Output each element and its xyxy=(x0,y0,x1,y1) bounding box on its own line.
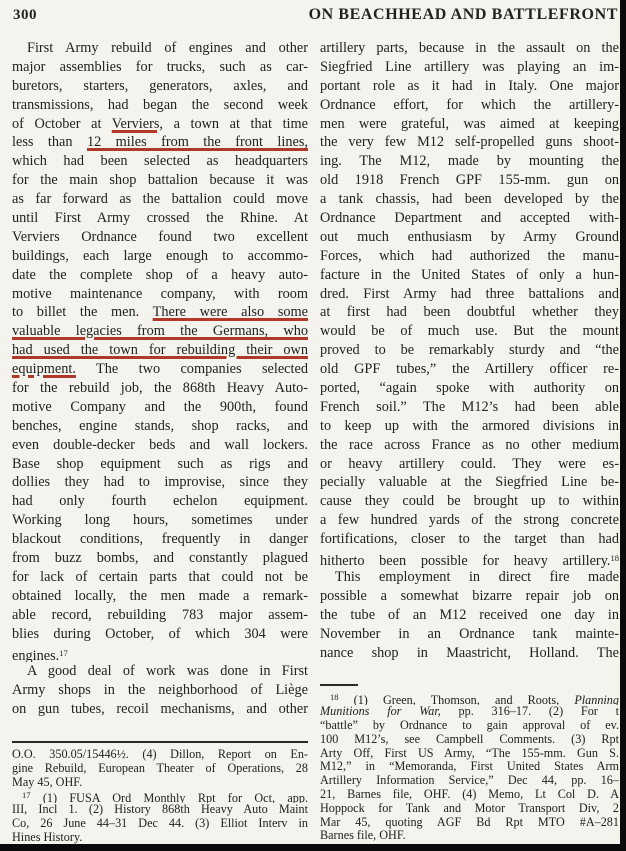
text-run: A good deal of work was done in First xyxy=(27,663,308,679)
text-line: to billet the men. There were also some xyxy=(12,303,308,322)
text-line: gine Rebuild, European Theater of Operat… xyxy=(12,762,308,776)
text-run: First Army rebuild of engines and other xyxy=(27,40,308,56)
text-line: would be of much use. But the mount xyxy=(320,322,619,341)
text-line: engines.17 xyxy=(12,644,308,663)
running-title: ON BEACHHEAD AND BATTLEFRONT xyxy=(309,6,618,24)
text-line: 100 M12’s, see Campbell Comments. (3) Rp… xyxy=(320,733,619,747)
footnote-marker: 18 xyxy=(611,553,620,563)
text-line: O.O. 350.05/15446½. (4) Dillon, Report o… xyxy=(12,748,308,762)
text-run: even double-decker beds and wall lockers… xyxy=(12,437,308,453)
text-line: buildings, each large enough to accommo- xyxy=(12,247,308,266)
text-run: benches, engine stands, shop racks, and xyxy=(12,418,308,434)
text-run: major assemblies for trucks, such as car… xyxy=(12,59,308,75)
text-line: artillery parts, because in the assault … xyxy=(320,39,619,58)
text-run: gine Rebuild, European Theater of Operat… xyxy=(12,762,308,775)
text-line: men were grateful, was aimed at keeping xyxy=(320,115,619,134)
text-line: equipment. The two companies selected xyxy=(12,360,308,379)
text-run: on gun tubes, recoil mechanisms, and oth… xyxy=(12,701,308,717)
scanned-book-page: 300 ON BEACHHEAD AND BATTLEFRONT First A… xyxy=(0,0,626,851)
text-line: Munitions for War, pp. 316–17. (2) For t xyxy=(320,705,619,719)
text-line: on gun tubes, recoil mechanisms, and oth… xyxy=(12,700,308,719)
text-line: 18 (1) Green, Thomson, and Roots, Planni… xyxy=(320,691,619,705)
text-line: 21, Barnes file, OHF. (4) Memo, Lt Col D… xyxy=(320,788,619,802)
text-line: French soil.” The M12’s had been able xyxy=(320,398,619,417)
text-line: from buzz bombs, and constantly plagued xyxy=(12,549,308,568)
text-line: Hoppock for Tank and Motor Transport Div… xyxy=(320,802,619,816)
text-run: facture in the United States of only a h… xyxy=(320,267,619,283)
text-line: Forces, which had authorized the manu- xyxy=(320,247,619,266)
text-line: Army shops in the neighborhood of Liège xyxy=(12,681,308,700)
text-line: the race across France as no other mediu… xyxy=(320,436,619,455)
right-footnote-block: 18 (1) Green, Thomson, and Roots, Planni… xyxy=(320,691,619,843)
text-line: cause they could be brought up to within xyxy=(320,492,619,511)
text-run: 100 M12’s, see Campbell Comments. (3) Rp… xyxy=(320,733,619,746)
text-line: III, Incl 1. (2) History 868th Heavy Aut… xyxy=(12,803,308,817)
red-underlined-text: equipment. xyxy=(12,361,76,377)
left-footnote-rule xyxy=(12,741,308,743)
text-line: pecially valuable at the Siegfried Line … xyxy=(320,473,619,492)
text-line: which had been selected as headquarters xyxy=(12,152,308,171)
text-line: 17 (1) FUSA Ord Monthly Rpt for Oct, app… xyxy=(12,789,308,803)
text-line: Siegfried Line artillery was playing an … xyxy=(320,58,619,77)
text-line: November in an Ordnance tank mainte- xyxy=(320,625,619,644)
text-run: for the rebuild job, the 868th Heavy Aut… xyxy=(12,380,308,396)
text-run: engines. xyxy=(12,648,59,663)
page-number: 300 xyxy=(13,7,37,24)
text-run: Mar 45, quoting AGF Bd Rpt MTO #A–281 xyxy=(320,816,619,829)
text-line: or heavy artillery could. They were es- xyxy=(320,455,619,474)
text-run: pp. 316–17. (2) For t xyxy=(441,705,619,718)
text-run: ported, “again spoke with authority on xyxy=(320,380,619,396)
footnote-marker: 18 xyxy=(330,692,339,702)
text-line: had only fourth echelon equipment. xyxy=(12,492,308,511)
text-line: ported, “again spoke with authority on xyxy=(320,379,619,398)
text-run: November in an Ordnance tank mainte- xyxy=(320,626,619,642)
text-line: First Army rebuild of engines and other xyxy=(12,39,308,58)
text-line: blies during October, of which 304 were xyxy=(12,625,308,644)
text-line: Base shop equipment such as rigs and xyxy=(12,455,308,474)
text-line: valuable legacies from the Germans, who xyxy=(12,322,308,341)
text-run: men were grateful, was aimed at keeping xyxy=(320,116,619,132)
text-run: Hoppock for Tank and Motor Transport Div… xyxy=(320,802,619,815)
text-run: 21, Barnes file, OHF. (4) Memo, Lt Col D… xyxy=(320,788,619,801)
text-line: major assemblies for trucks, such as car… xyxy=(12,58,308,77)
text-line: of October at Verviers, a town at that t… xyxy=(12,115,308,134)
text-line: even double-decker beds and wall lockers… xyxy=(12,436,308,455)
text-line: Artillery Information Service,” Dec 44, … xyxy=(320,774,619,788)
scan-edge-bar-bottom xyxy=(0,844,626,851)
text-line: ing. The M12, made by mounting the xyxy=(320,152,619,171)
text-line: had used the town for rebuilding their o… xyxy=(12,341,308,360)
right-body-text: artillery parts, because in the assault … xyxy=(320,39,619,662)
text-run: Barnes file, OHF. xyxy=(320,829,406,842)
text-line: Ordnance Department and accepted with- xyxy=(320,209,619,228)
red-underlined-text: 12 miles from the front lines, xyxy=(87,134,308,150)
right-column: artillery parts, because in the assault … xyxy=(320,39,619,843)
text-line: transmissions, had began the second week xyxy=(12,96,308,115)
text-line: a tank chassis, had been developed by th… xyxy=(320,190,619,209)
text-run: the race across France as no other mediu… xyxy=(320,437,619,453)
text-run: of October at xyxy=(12,116,112,132)
text-line: out much enthusiasm by Army Ground xyxy=(320,228,619,247)
text-run: Army shops in the neighborhood of Liège xyxy=(12,682,308,698)
left-body-text: First Army rebuild of engines and otherm… xyxy=(12,39,308,719)
text-line: motive maintenance company, with room xyxy=(12,285,308,304)
running-header: 300 ON BEACHHEAD AND BATTLEFRONT xyxy=(13,6,618,24)
text-run: dollies they had to improvise, since the… xyxy=(12,474,308,490)
text-run: a town at that time xyxy=(163,116,308,132)
text-run: M12,” in “Memoranda, First United States… xyxy=(320,760,619,773)
text-run: which had been selected as headquarters xyxy=(12,153,308,169)
text-run: hitherto been possible for heavy artille… xyxy=(320,553,611,568)
text-run: ing. The M12, made by mounting the xyxy=(320,153,619,169)
text-run: old 1918 French GPF 155-mm. gun on xyxy=(320,172,619,188)
text-run: had only fourth echelon equipment. xyxy=(12,493,308,509)
text-run: transmissions, had began the second week xyxy=(12,97,308,113)
text-run: Munitions for War, xyxy=(320,705,441,718)
text-line: dollies they had to improvise, since the… xyxy=(12,473,308,492)
text-run: proved to be remarkably sturdy and “the xyxy=(320,342,619,358)
text-run: The two companies selected xyxy=(76,361,308,377)
text-run: buretors, starters, generators, axles, a… xyxy=(12,78,308,94)
text-run: blackout conditions, frequently in dange… xyxy=(12,531,308,547)
text-line: Mar 45, quoting AGF Bd Rpt MTO #A–281 xyxy=(320,816,619,830)
text-run: (1) Green, Thomson, and Roots, xyxy=(339,693,575,705)
text-line: Verviers Ordnance found two excellent xyxy=(12,228,308,247)
text-run: Forces, which had authorized the manu- xyxy=(320,248,619,264)
text-line: the very few M12 self-propelled guns sho… xyxy=(320,133,619,152)
text-run: artillery parts, because in the assault … xyxy=(320,40,619,56)
text-line: able record, rebuilding 783 major assem- xyxy=(12,606,308,625)
text-run: able record, rebuilding 783 major assem- xyxy=(12,607,308,623)
text-run: a tank chassis, had been developed by th… xyxy=(320,191,619,207)
text-run: May 45, OHF. xyxy=(12,776,82,789)
text-line: A good deal of work was done in First xyxy=(12,662,308,681)
text-run: fortifications, closer to the target tha… xyxy=(320,531,619,547)
text-line: Hines History. xyxy=(12,831,308,845)
footnote-marker: 17 xyxy=(22,790,31,800)
footnote-marker: 17 xyxy=(59,648,68,658)
text-line: facture in the United States of only a h… xyxy=(320,266,619,285)
text-run: Planning xyxy=(574,693,619,705)
text-run: cause they could be brought up to within xyxy=(320,493,619,509)
text-line: less than 12 miles from the front lines, xyxy=(12,133,308,152)
text-run: possible a somewhat bizarre repair job o… xyxy=(320,588,619,604)
text-run: This employment in direct fire made xyxy=(335,569,619,585)
text-run: less than xyxy=(12,134,87,150)
text-line: motive Company and the 900th, found xyxy=(12,398,308,417)
text-line: a few hundred yards of the strong concre… xyxy=(320,511,619,530)
text-line: “battle” by Ordnance to gain approval of… xyxy=(320,719,619,733)
text-run: date the complete shop of a heavy auto- xyxy=(12,267,308,283)
text-run: pecially valuable at the Siegfried Line … xyxy=(320,474,619,490)
text-line: proved to be remarkably sturdy and “the xyxy=(320,341,619,360)
text-line: as far forward as the battalion could mo… xyxy=(12,190,308,209)
text-run: Working long hours, sometimes under xyxy=(12,512,308,528)
text-line: portant role as it had in Italy. One maj… xyxy=(320,77,619,96)
text-run: out much enthusiasm by Army Ground xyxy=(320,229,619,245)
text-run: motive maintenance company, with room xyxy=(12,286,308,302)
text-line: for the rebuild job, the 868th Heavy Aut… xyxy=(12,379,308,398)
red-underlined-text: had used the town for rebuilding their o… xyxy=(12,342,308,358)
text-line: fortifications, closer to the target tha… xyxy=(320,530,619,549)
text-line: hitherto been possible for heavy artille… xyxy=(320,549,619,568)
text-line: possible a somewhat bizarre repair job o… xyxy=(320,587,619,606)
text-run: to billet the men. xyxy=(12,304,153,320)
text-run: Ordnance effort, for which the artillery… xyxy=(320,97,619,113)
text-run: to keep up with the armored divisions in xyxy=(320,418,619,434)
text-run: (1) FUSA Ord Monthly Rpt for Oct, app. xyxy=(31,791,309,803)
text-run: the tube of an M12 received one day in xyxy=(320,607,619,623)
scan-edge-bar-right xyxy=(620,0,626,851)
text-line: obtained locally, the men made a remark- xyxy=(12,587,308,606)
text-run: Verviers Ordnance found two excellent xyxy=(12,229,308,245)
text-line: Co, 26 June 44–31 Dec 44. (3) Elliot Int… xyxy=(12,817,308,831)
text-line: This employment in direct fire made xyxy=(320,568,619,587)
text-run: old GPF tubes,” the Artillery officer re… xyxy=(320,361,619,377)
text-run: blies during October, of which 304 were xyxy=(12,626,308,642)
text-line: May 45, OHF. xyxy=(12,776,308,790)
text-run: or heavy artillery could. They were es- xyxy=(320,456,619,472)
red-underlined-text: valuable legacies from the Germans, who xyxy=(12,323,308,339)
text-line: buretors, starters, generators, axles, a… xyxy=(12,77,308,96)
text-line: nance shop in Maastricht, Holland. The xyxy=(320,644,619,663)
text-run: Base shop equipment such as rigs and xyxy=(12,456,308,472)
text-line: at first had been doubtful whether they xyxy=(320,303,619,322)
red-underlined-text: Verviers, xyxy=(112,116,163,132)
text-run: for lack of certain parts that could not… xyxy=(12,569,308,585)
text-run: O.O. 350.05/15446½. (4) Dillon, Report o… xyxy=(12,748,308,761)
text-run: nance shop in Maastricht, Holland. The xyxy=(320,645,619,661)
text-run: at first had been doubtful whether they xyxy=(320,304,619,320)
text-line: M12,” in “Memoranda, First United States… xyxy=(320,760,619,774)
text-run: Ordnance Department and accepted with- xyxy=(320,210,619,226)
text-line: old GPF tubes,” the Artillery officer re… xyxy=(320,360,619,379)
text-run: “battle” by Ordnance to gain approval of… xyxy=(320,719,619,732)
text-run: the very few M12 self-propelled guns sho… xyxy=(320,134,619,150)
text-run: as far forward as the battalion could mo… xyxy=(12,191,308,207)
text-run: Artillery Information Service,” Dec 44, … xyxy=(320,774,619,787)
text-line: the tube of an M12 received one day in xyxy=(320,606,619,625)
text-line: benches, engine stands, shop racks, and xyxy=(12,417,308,436)
text-run: motive Company and the 900th, found xyxy=(12,399,308,415)
text-run: from buzz bombs, and constantly plagued xyxy=(12,550,308,566)
text-line: blackout conditions, frequently in dange… xyxy=(12,530,308,549)
text-run: Arty Off, First US Army, “The 155-mm. Gu… xyxy=(320,747,619,760)
text-run: buildings, each large enough to accommo- xyxy=(12,248,308,264)
text-run: until First Army crossed the Rhine. At xyxy=(12,210,308,226)
text-line: dred. First Army had three battalions an… xyxy=(320,285,619,304)
text-line: Arty Off, First US Army, “The 155-mm. Gu… xyxy=(320,747,619,761)
text-line: old 1918 French GPF 155-mm. gun on xyxy=(320,171,619,190)
right-footnote-rule xyxy=(320,684,358,686)
text-run: Co, 26 June 44–31 Dec 44. (3) Elliot Int… xyxy=(12,817,308,830)
text-run: French soil.” The M12’s had been able xyxy=(320,399,619,415)
text-run: portant role as it had in Italy. One maj… xyxy=(320,78,619,94)
text-line: for the main shop battalion because it w… xyxy=(12,171,308,190)
text-run: a few hundred yards of the strong concre… xyxy=(320,512,619,528)
text-run: dred. First Army had three battalions an… xyxy=(320,286,619,302)
left-column: First Army rebuild of engines and otherm… xyxy=(12,39,308,845)
text-run: III, Incl 1. (2) History 868th Heavy Aut… xyxy=(12,803,308,816)
text-run: would be of much use. But the mount xyxy=(320,323,619,339)
left-footnote-block: O.O. 350.05/15446½. (4) Dillon, Report o… xyxy=(12,748,308,845)
text-run: obtained locally, the men made a remark- xyxy=(12,588,308,604)
text-line: Working long hours, sometimes under xyxy=(12,511,308,530)
text-line: to keep up with the armored divisions in xyxy=(320,417,619,436)
text-line: for lack of certain parts that could not… xyxy=(12,568,308,587)
text-line: until First Army crossed the Rhine. At xyxy=(12,209,308,228)
text-run: Hines History. xyxy=(12,831,82,844)
text-line: Ordnance effort, for which the artillery… xyxy=(320,96,619,115)
text-run: for the main shop battalion because it w… xyxy=(12,172,308,188)
text-line: date the complete shop of a heavy auto- xyxy=(12,266,308,285)
text-run: Siegfried Line artillery was playing an … xyxy=(320,59,619,75)
text-line: Barnes file, OHF. xyxy=(320,829,619,843)
red-underlined-text: There were also some xyxy=(153,304,308,320)
